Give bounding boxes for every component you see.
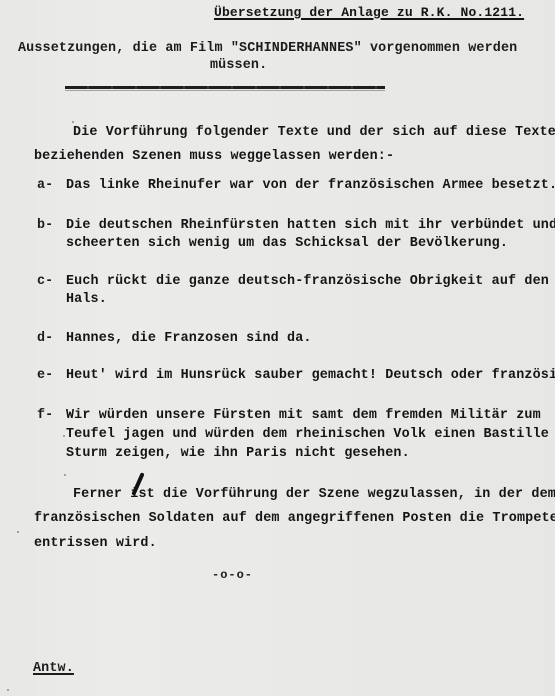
paper-speck — [63, 435, 65, 437]
paper-speck — [17, 531, 19, 533]
item-e-marker: e- — [37, 368, 53, 384]
answer-label: Antw. — [33, 661, 74, 677]
item-a-marker: a- — [37, 178, 53, 194]
paper-speck — [7, 689, 9, 691]
paper-speck — [64, 474, 66, 476]
double-underline-rule — [65, 86, 385, 89]
item-f-line-3: Sturm zeigen, wie ihn Paris nicht gesehe… — [66, 446, 410, 462]
item-f-line-2: Teufel jagen und würden dem rheinischen … — [66, 427, 549, 443]
item-b-marker: b- — [37, 218, 53, 234]
item-b-line-2: scheerten sich wenig um das Schicksal de… — [66, 236, 508, 252]
item-f-marker: f- — [37, 408, 53, 424]
document-heading: Übersetzung der Anlage zu R.K. No.1211. — [214, 5, 524, 21]
paper-speck — [72, 121, 74, 123]
closing-line-2: französischen Soldaten auf dem angegriff… — [34, 511, 555, 527]
item-c-line-2: Hals. — [66, 292, 107, 308]
item-c-line-1: Euch rückt die ganze deutsch-französisch… — [66, 274, 549, 290]
item-b-line-1: Die deutschen Rheinfürsten hatten sich m… — [66, 218, 555, 234]
closing-line-3: entrissen wird. — [34, 536, 157, 552]
intro-line-1: Die Vorführung folgender Texte und der s… — [73, 125, 555, 141]
closing-line-1: Ferner ist die Vorführung der Szene wegz… — [73, 487, 555, 503]
subject-line-2: müssen. — [210, 58, 267, 74]
item-c-marker: c- — [37, 274, 53, 290]
typewritten-document-page: Übersetzung der Anlage zu R.K. No.1211. … — [0, 0, 555, 696]
item-f-line-1: Wir würden unsere Fürsten mit samt dem f… — [66, 408, 541, 424]
subject-line-1: Aussetzungen, die am Film "SCHINDERHANNE… — [18, 41, 517, 57]
item-a-line-1: Das linke Rheinufer war von der französi… — [66, 178, 555, 194]
intro-line-2: beziehenden Szenen muss weggelassen werd… — [34, 149, 394, 165]
section-separator: -o-o- — [212, 568, 253, 582]
item-d-marker: d- — [37, 331, 53, 347]
item-d-line-1: Hannes, die Franzosen sind da. — [66, 331, 312, 347]
item-e-line-1: Heut' wird im Hunsrück sauber gemacht! D… — [66, 368, 555, 384]
